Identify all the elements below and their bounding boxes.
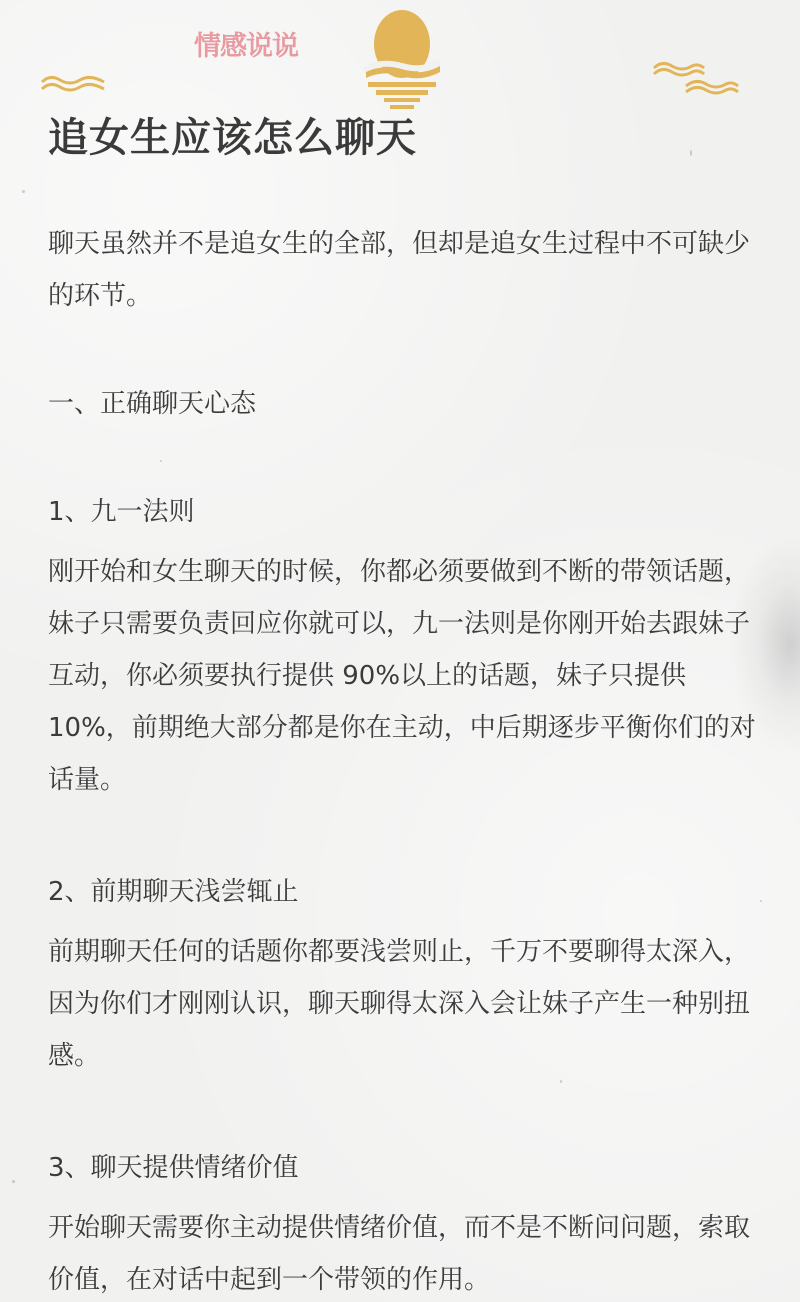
- item-body: 开始聊天需要你主动提供情绪价值，而不是不断问问题，索取价值，在对话中起到一个带领…: [48, 1202, 758, 1302]
- article-body: 聊天虽然并不是追女生的全部，但却是追女生过程中不可缺少的环节。 一、正确聊天心态…: [48, 218, 758, 1302]
- section-heading: 一、正确聊天心态: [48, 378, 758, 430]
- wave-ornament-icon: [40, 74, 106, 94]
- item-heading: 2、前期聊天浅尝辄止: [48, 866, 758, 918]
- sun-over-waves-icon: [360, 6, 444, 112]
- item-heading: 1、九一法则: [48, 486, 758, 538]
- paper-speck: [760, 900, 762, 902]
- intro-paragraph: 聊天虽然并不是追女生的全部，但却是追女生过程中不可缺少的环节。: [48, 218, 758, 322]
- wave-ornament-icon: [650, 60, 742, 100]
- header-banner: 情感说说: [0, 0, 800, 120]
- paper-speck: [12, 1180, 15, 1183]
- item-heading: 3、聊天提供情绪价值: [48, 1142, 758, 1194]
- item-body: 刚开始和女生聊天的时候，你都必须要做到不断的带领话题，妹子只需要负责回应你就可以…: [48, 546, 758, 806]
- item-body: 前期聊天任何的话题你都要浅尝则止，千万不要聊得太深入，因为你们才刚刚认识，聊天聊…: [48, 926, 758, 1082]
- paper-speck: [690, 150, 692, 156]
- paper-speck: [22, 190, 25, 193]
- article-title: 追女生应该怎么聊天: [48, 106, 417, 163]
- brand-name: 情感说说: [194, 24, 298, 63]
